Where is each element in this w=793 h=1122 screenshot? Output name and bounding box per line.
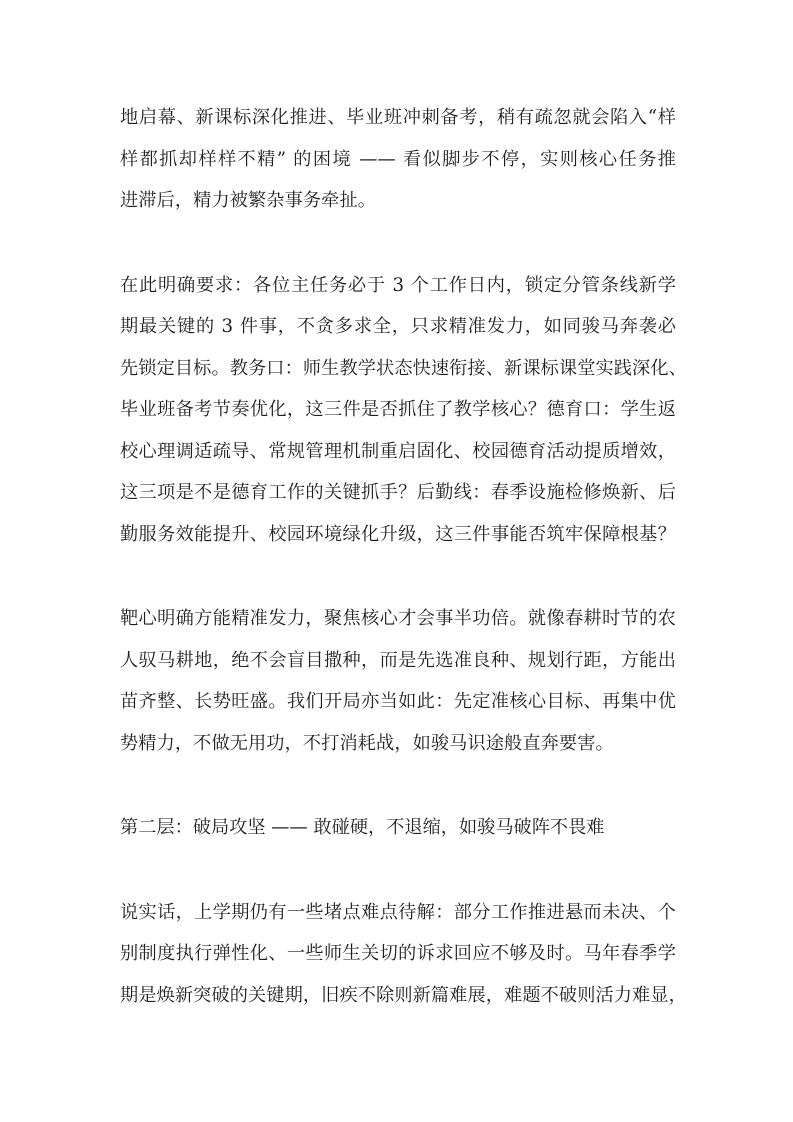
text-line: 人驭马耕地，绝不会盲目撒种，而是先选准良种、规划行距，方能出: [120, 640, 676, 682]
text-line: 进滞后，精力被繁杂事务牵扯。: [120, 180, 676, 222]
text-line: 势精力，不做无用功，不打消耗战，如骏马识途般直奔要害。: [120, 723, 676, 765]
text-line: 期是焕新突破的关键期，旧疾不除则新篇难展，难题不破则活力难显，: [120, 975, 676, 1017]
text-line: 在此明确要求：各位主任务必于 3 个工作日内，锁定分管条线新学: [120, 265, 676, 307]
text-line: 说实话，上学期仍有一些堵点难点待解：部分工作推进悬而未决、个: [120, 892, 676, 934]
text-line: 苗齐整、长势旺盛。我们开局亦当如此：先定准核心目标、再集中优: [120, 681, 676, 723]
section-heading: 第二层：破局攻坚 —— 敢碰硬，不退缩，如骏马破阵不畏难: [120, 807, 676, 849]
paragraph-intro: 地启幕、新课标深化推进、毕业班冲刺备考，稍有疏忽就会陷入“样 样都抓却样样不精”…: [120, 97, 676, 222]
paragraph-requirements: 在此明确要求：各位主任务必于 3 个工作日内，锁定分管条线新学 期最关键的 3 …: [120, 265, 676, 556]
text-line: 毕业班备考节奏优化，这三件是否抓住了教学核心？德育口：学生返: [120, 389, 676, 431]
paragraph-focus: 靶心明确方能精准发力，聚焦核心才会事半功倍。就像春耕时节的农 人驭马耕地，绝不会…: [120, 598, 676, 764]
text-line: 地启幕、新课标深化推进、毕业班冲刺备考，稍有疏忽就会陷入“样: [120, 97, 676, 139]
text-line: 期最关键的 3 件事，不贪多求全，只求精准发力，如同骏马奔袭必: [120, 306, 676, 348]
text-line: 别制度执行弹性化、一些师生关切的诉求回应不够及时。马年春季学: [120, 933, 676, 975]
document-page: 地启幕、新课标深化推进、毕业班冲刺备考，稍有疏忽就会陷入“样 样都抓却样样不精”…: [120, 97, 676, 1059]
text-line: 勤服务效能提升、校园环境绿化升级，这三件事能否筑牢保障根基？: [120, 514, 676, 556]
text-line: 先锁定目标。教务口：师生教学状态快速衔接、新课标课堂实践深化、: [120, 348, 676, 390]
text-line: 靶心明确方能精准发力，聚焦核心才会事半功倍。就像春耕时节的农: [120, 598, 676, 640]
text-line: 样都抓却样样不精” 的困境 —— 看似脚步不停，实则核心任务推: [120, 139, 676, 181]
text-line: 校心理调适疏导、常规管理机制重启固化、校园德育活动提质增效，: [120, 431, 676, 473]
paragraph-challenges: 说实话，上学期仍有一些堵点难点待解：部分工作推进悬而未决、个 别制度执行弹性化、…: [120, 892, 676, 1017]
text-line: 这三项是不是德育工作的关键抓手？后勤线：春季设施检修焕新、后: [120, 472, 676, 514]
